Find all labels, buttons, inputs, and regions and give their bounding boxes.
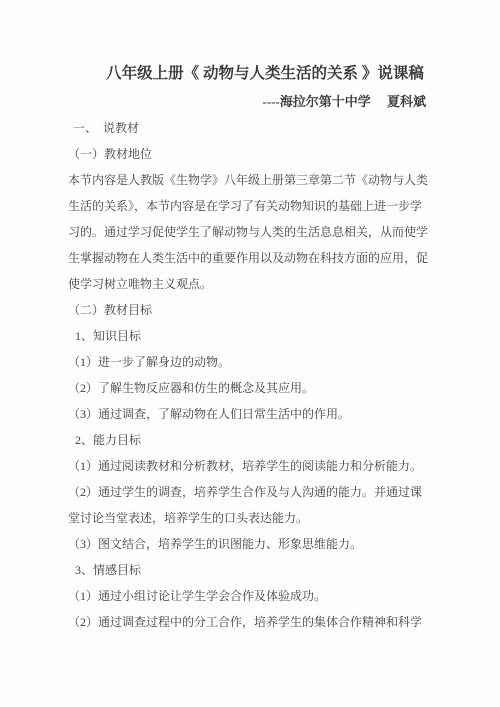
- document-line-list-item: （3）通过调查，了解动物在人们日常生活中的作用。: [68, 401, 430, 427]
- document-line-heading2: （一）教材地位: [68, 141, 430, 167]
- document-line-list-item: （2）通过调查过程中的分工合作，培养学生的集体合作精神和科学: [68, 609, 430, 635]
- document-line-list-item: （1）进一步了解身边的动物。: [68, 349, 430, 375]
- document-line-paragraph: 使学习树立唯物主义观点。: [68, 271, 430, 297]
- document-body: 八年级上册《 动物与人类生活的关系 》说课稿 ----海拉尔第十中学 夏科斌 一…: [0, 0, 500, 707]
- document-line-list-item: （2）了解生物反应器和仿生的概念及其应用。: [68, 375, 430, 401]
- document-title: 八年级上册《 动物与人类生活的关系 》说课稿: [100, 59, 430, 88]
- document-line-list-item: （1）通过小组讨论让学生学会合作及体验成功。: [68, 583, 430, 609]
- document-line-paragraph: 习的。通过学习促使学生了解动物与人类的生活息息相关，从而使学: [68, 219, 430, 245]
- document-line-paragraph: 生掌握动物在人类生活中的重要作用以及动物在科技方面的应用，促: [68, 245, 430, 271]
- document-line-list-item: （2）通过学生的调查，培养学生合作及与人沟通的能力。并通过课: [68, 479, 430, 505]
- document-byline: ----海拉尔第十中学 夏科斌: [68, 88, 430, 115]
- document-page: 八年级上册《 动物与人类生活的关系 》说课稿 ----海拉尔第十中学 夏科斌 一…: [0, 0, 500, 707]
- document-line-heading3: 2、能力目标: [75, 427, 430, 453]
- document-line-heading3: 1、知识目标: [75, 323, 430, 349]
- document-line-list-item: （3）图文结合，培养学生的识图能力、形象思维能力。: [68, 531, 430, 557]
- document-line-list-item: （1）通过阅读教材和分析教材，培养学生的阅读能力和分析能力。: [68, 453, 430, 479]
- document-line-heading3: 3、情感目标: [75, 557, 430, 583]
- document-line-heading2: （二）教材目标: [68, 297, 430, 323]
- document-line-paragraph: 生活的关系》，本节内容是在学习了有关动物知识的基础上进一步学: [68, 193, 430, 219]
- document-line-heading1: 一、 说教材: [73, 115, 430, 141]
- document-line-paragraph: 本节内容是人教版《生物学》八年级上册第三章第二节《动物与人类: [68, 167, 430, 193]
- document-line-continuation: 堂讨论当堂表述，培养学生的口头表达能力。: [68, 505, 430, 531]
